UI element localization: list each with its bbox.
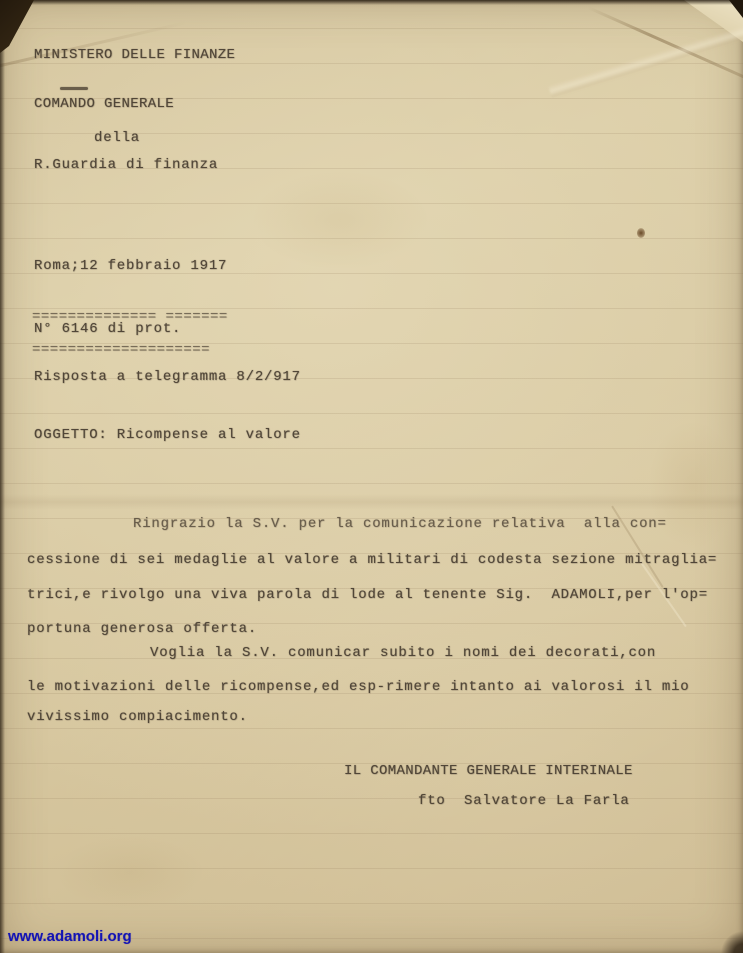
letterhead-underline	[60, 87, 88, 90]
body-line: trici,e rivolgo una viva parola di lode …	[27, 588, 708, 602]
letterhead-command: COMANDO GENERALE	[34, 97, 174, 111]
body-line: portuna generosa offerta.	[27, 622, 257, 636]
dark-corner-bottom-right	[713, 923, 743, 953]
body-line: le motivazioni delle ricompense,ed esp-r…	[27, 680, 690, 694]
horizontal-fold-crease	[0, 494, 743, 510]
ink-speck-stain	[637, 228, 645, 238]
paper-edge-top	[0, 0, 743, 5]
scanned-letter: MINISTERO DELLE FINANZE COMANDO GENERALE…	[0, 0, 743, 953]
website-watermark: www.adamoli.org	[8, 928, 132, 945]
body-line: cessione di sei medaglie al valore a mil…	[27, 553, 717, 567]
letterhead-guardia: R.Guardia di finanza	[34, 158, 218, 172]
signature-title: IL COMANDANTE GENERALE INTERINALE	[344, 764, 633, 778]
body-line: Voglia la S.V. comunicar subito i nomi d…	[150, 646, 656, 660]
paper-stain	[250, 170, 430, 270]
date-line: Roma;12 febbraio 1917	[34, 259, 227, 273]
letterhead-della: della	[94, 131, 140, 145]
letterhead-ministry: MINISTERO DELLE FINANZE	[34, 48, 235, 62]
body-line: Ringrazio la S.V. per la comunicazione r…	[133, 517, 667, 531]
protocol-rule-bottom: ====================	[32, 343, 210, 357]
signature-name: fto Salvatore La Farla	[418, 794, 630, 808]
subject-line: OGGETTO: Ricompense al valore	[34, 428, 301, 442]
paper-edge-left	[0, 0, 5, 953]
body-line: vivissimo compiacimento.	[27, 710, 248, 724]
reference-line: Risposta a telegramma 8/2/917	[34, 370, 301, 384]
paper-stain	[55, 835, 205, 910]
protocol-number-line: N° 6146 di prot.	[34, 322, 181, 336]
